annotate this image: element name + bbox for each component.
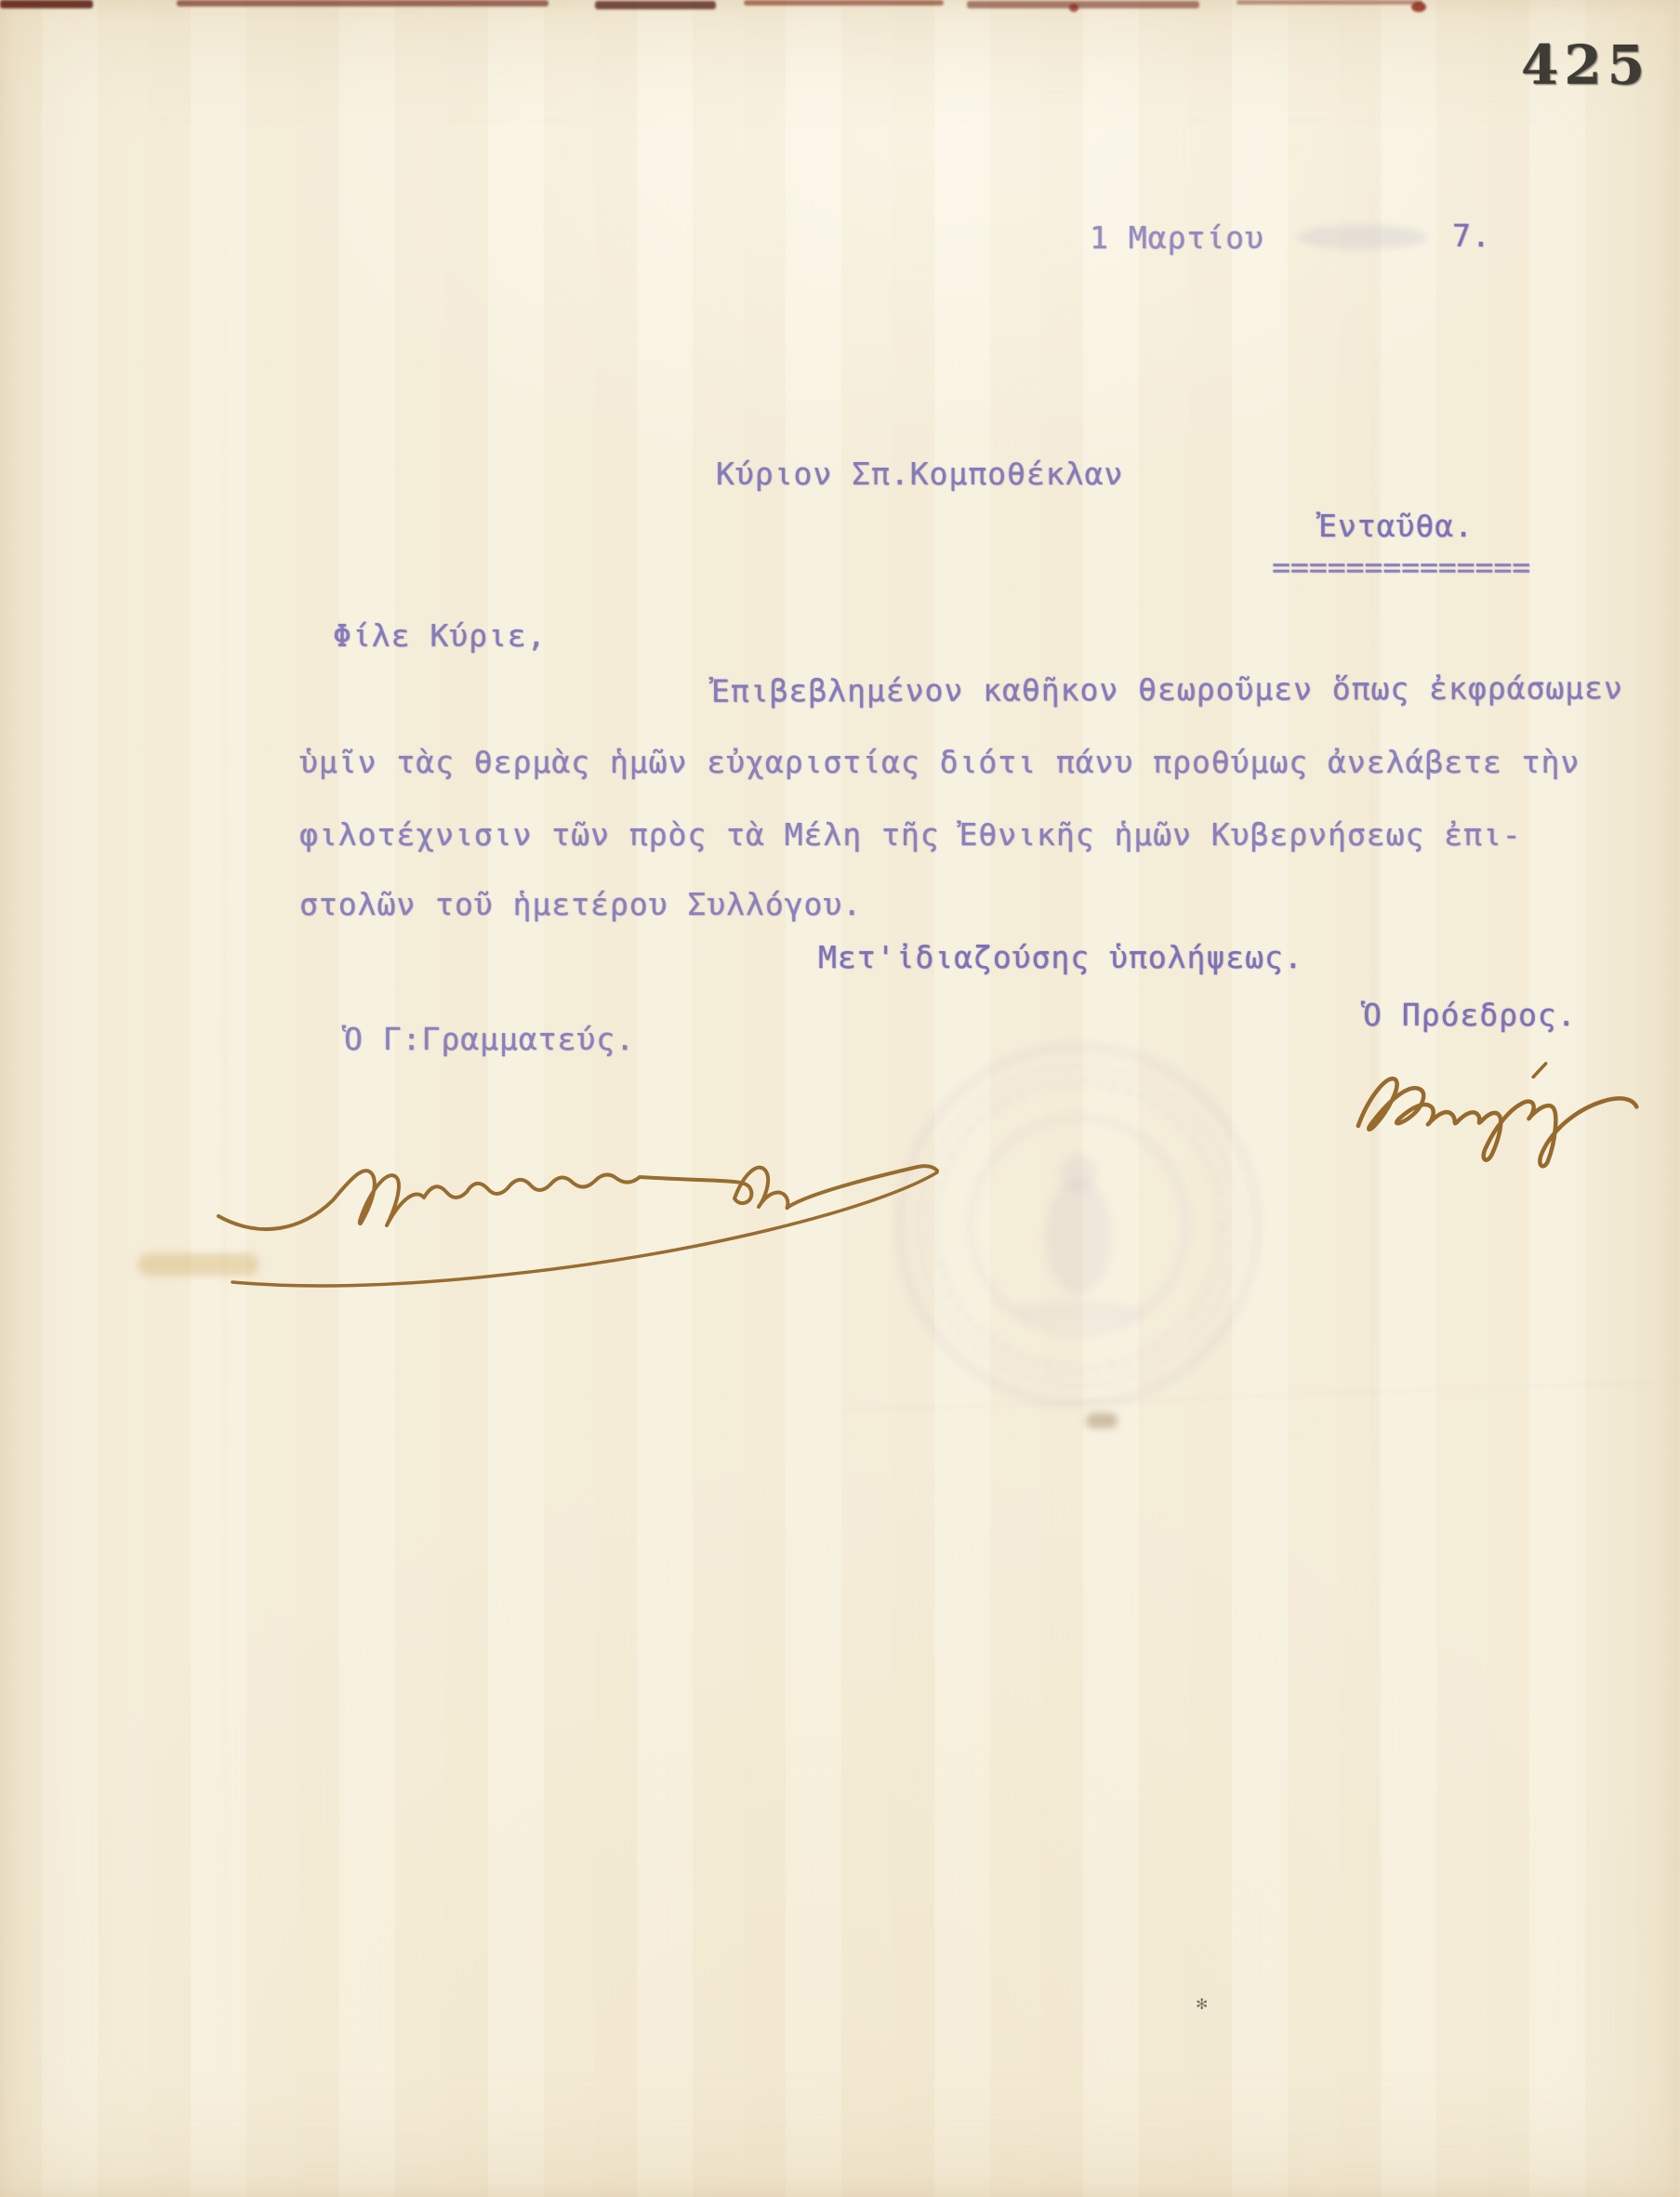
- ink-speck: ✻: [1196, 1995, 1208, 2013]
- recipient-line: Κύριον Σπ.Κομποθέκλαν: [716, 456, 1123, 492]
- scan-edge-artifact: [1069, 4, 1078, 12]
- paper-crease: [223, 0, 226, 2197]
- date-year-fragment: 7.: [1452, 218, 1491, 254]
- scan-edge-artifact: [595, 1, 716, 9]
- date-day-month: 1 Μαρτίου: [1090, 219, 1264, 256]
- president-signature: [1335, 1030, 1647, 1171]
- brown-stain: [1086, 1413, 1118, 1428]
- scanned-letter-page: 425 1 Μαρτίου 7. Κύριον Σπ.Κομποθέκλαν Ἐ…: [0, 0, 1680, 2197]
- scan-edge-artifact: [0, 0, 93, 8]
- president-title: Ὁ Πρόεδρος.: [1363, 997, 1577, 1033]
- place-underline: ==============: [1272, 549, 1530, 585]
- body-line-2: ὑμῖν τὰς θερμὰς ἡμῶν εὐχαριστίας διότι π…: [299, 744, 1580, 780]
- scan-edge-artifact: [967, 1, 1199, 8]
- scan-edge-artifact: [1237, 0, 1422, 5]
- secretary-signature: [209, 1114, 944, 1300]
- scan-edge-artifact: [177, 0, 549, 7]
- yellow-stain: [138, 1253, 258, 1276]
- body-line-3: φιλοτέχνισιν τῶν πρὸς τὰ Μέλη τῆς Ἐθνικῆ…: [299, 816, 1522, 853]
- place-line: Ἐνταῦθα.: [1318, 508, 1474, 544]
- scan-edge-artifact: [744, 0, 944, 6]
- scan-edge-artifact: [1411, 2, 1426, 12]
- salutation: Φίλε Κύριε,: [333, 617, 547, 654]
- page-number: 425: [1521, 33, 1650, 97]
- body-line-4: στολῶν τοῦ ἡμετέρου Συλλόγου.: [299, 886, 862, 922]
- faded-date-ink-smudge: [1297, 225, 1427, 249]
- secretary-title: Ὁ Γ:Γραμματεύς.: [344, 1021, 635, 1057]
- body-line-1: Ἐπιβεβλημένον καθῆκον θεωροῦμεν ὅπως ἐκφ…: [711, 669, 1623, 708]
- valediction: Μετ'ἰδιαζούσης ὑπολήψεως.: [818, 939, 1303, 975]
